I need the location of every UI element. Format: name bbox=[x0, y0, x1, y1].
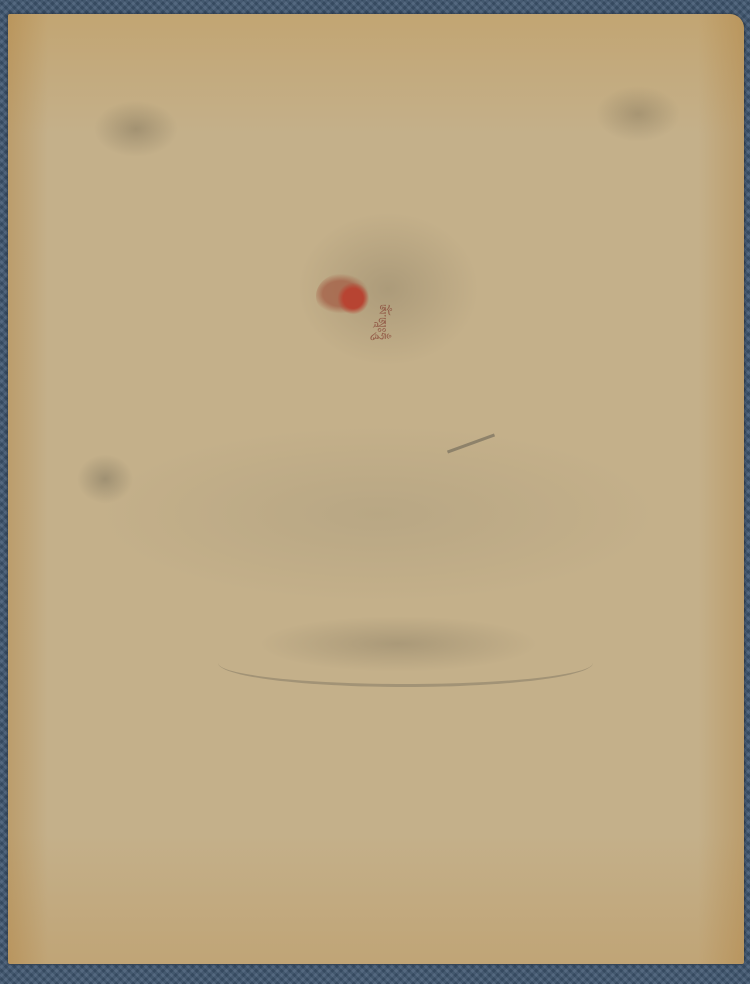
handwritten-inscription: ཨོཾ་ཨཱཿཧཱུྃ bbox=[376, 304, 392, 340]
aged-paper: ཨོཾ་ཨཱཿཧཱུྃ bbox=[8, 14, 744, 964]
bleed-through-outline bbox=[218, 639, 593, 687]
ink-stroke bbox=[447, 434, 495, 454]
